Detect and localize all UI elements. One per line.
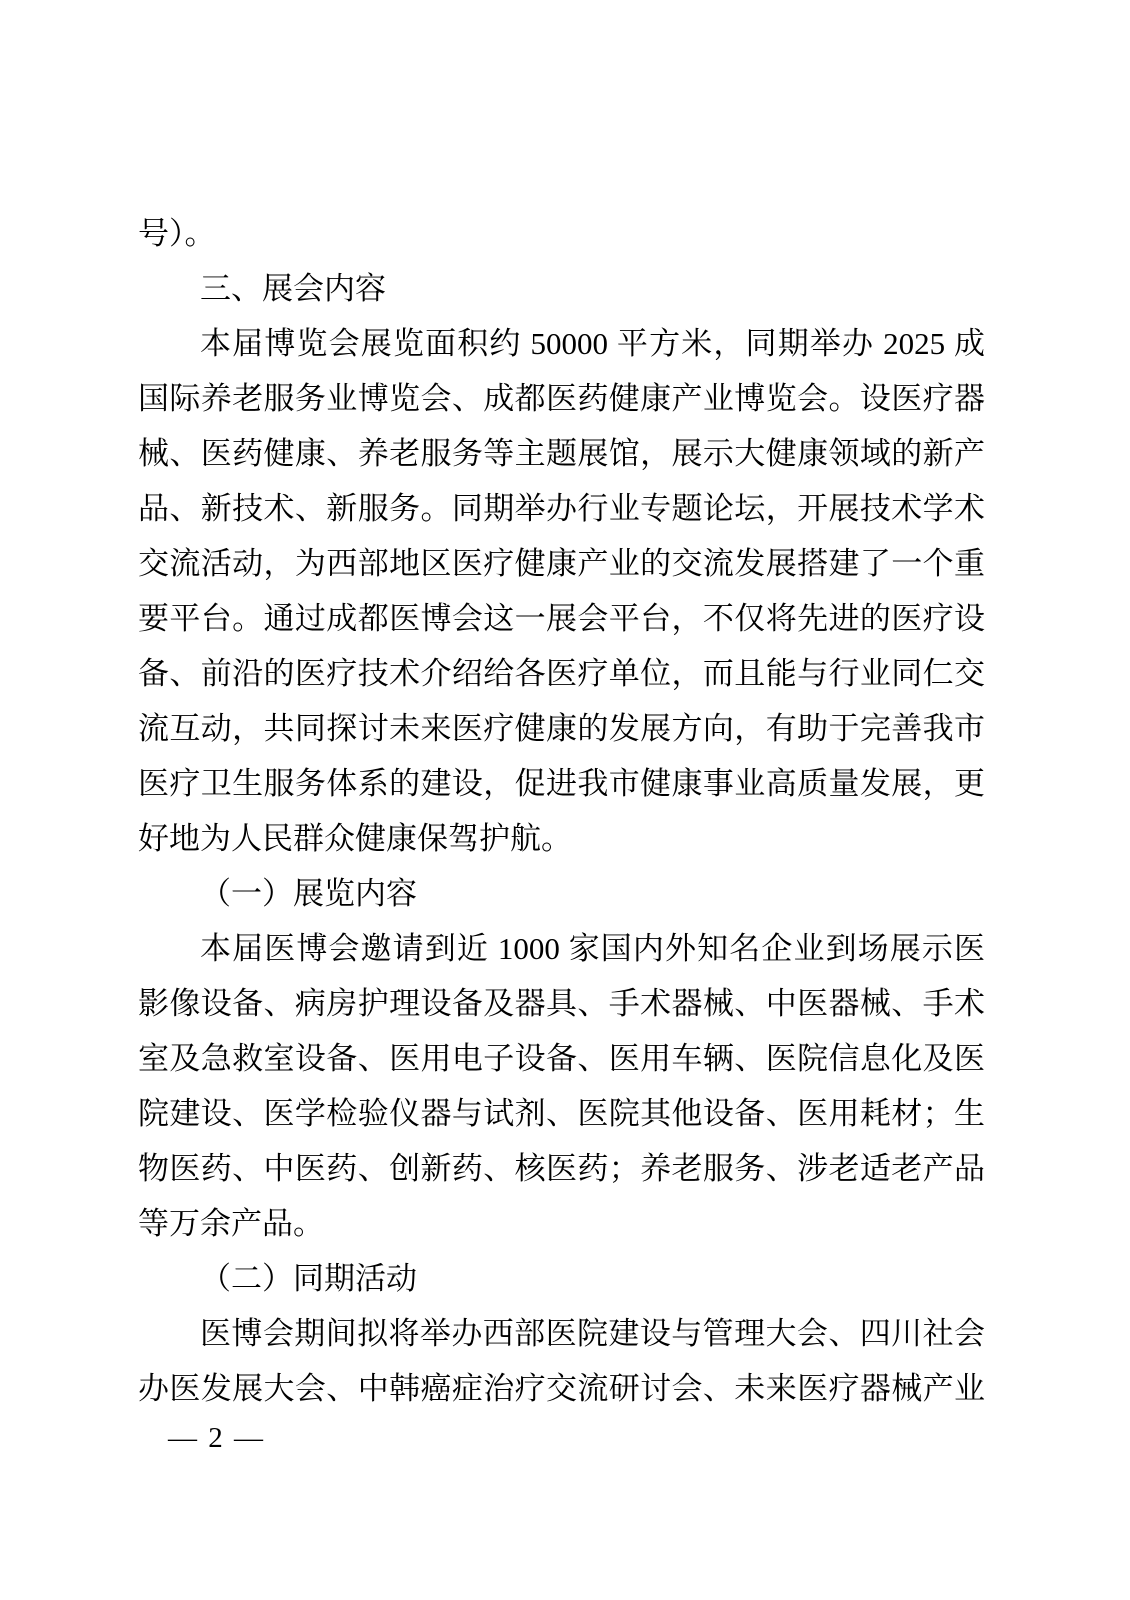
text-line: 医博会期间拟将举办西部医院建设与管理大会、四川社会: [138, 1306, 985, 1361]
text-line: 本届博览会展览面积约 50000 平方米，同期举办 2025 成都: [138, 316, 985, 371]
document-page: 号）。三、展会内容本届博览会展览面积约 50000 平方米，同期举办 2025 …: [0, 0, 1130, 1600]
text-line: 号）。: [138, 206, 985, 261]
text-line: 办医发展大会、中韩癌症治疗交流研讨会、未来医疗器械产业: [138, 1361, 985, 1416]
text-line: 械、医药健康、养老服务等主题展馆，展示大健康领域的新产: [138, 426, 985, 481]
text-line: 要平台。通过成都医博会这一展会平台，不仅将先进的医疗设: [138, 591, 985, 646]
text-line: （一）展览内容: [138, 866, 985, 921]
text-line: 院建设、医学检验仪器与试剂、医院其他设备、医用耗材；生: [138, 1086, 985, 1141]
text-line: 等万余产品。: [138, 1196, 985, 1251]
text-line: 好地为人民群众健康保驾护航。: [138, 811, 985, 866]
text-line: 备、前沿的医疗技术介绍给各医疗单位，而且能与行业同仁交: [138, 646, 985, 701]
text-line: 国际养老服务业博览会、成都医药健康产业博览会。设医疗器: [138, 371, 985, 426]
page-footer: — 2 —: [168, 1418, 265, 1458]
page-number: — 2 —: [168, 1422, 265, 1454]
text-line: 本届医博会邀请到近 1000 家国内外知名企业到场展示医学: [138, 921, 985, 976]
text-line: 室及急救室设备、医用电子设备、医用车辆、医院信息化及医: [138, 1031, 985, 1086]
text-line: 影像设备、病房护理设备及器具、手术器械、中医器械、手术: [138, 976, 985, 1031]
text-lines: 号）。三、展会内容本届博览会展览面积约 50000 平方米，同期举办 2025 …: [138, 206, 985, 1416]
text-line: 流互动，共同探讨未来医疗健康的发展方向，有助于完善我市: [138, 701, 985, 756]
text-line: 物医药、中医药、创新药、核医药；养老服务、涉老适老产品: [138, 1141, 985, 1196]
text-line: 医疗卫生服务体系的建设，促进我市健康事业高质量发展，更: [138, 756, 985, 811]
text-line: 交流活动，为西部地区医疗健康产业的交流发展搭建了一个重: [138, 536, 985, 591]
text-line: （二）同期活动: [138, 1251, 985, 1306]
text-line: 三、展会内容: [138, 261, 985, 316]
text-line: 品、新技术、新服务。同期举办行业专题论坛，开展技术学术: [138, 481, 985, 536]
